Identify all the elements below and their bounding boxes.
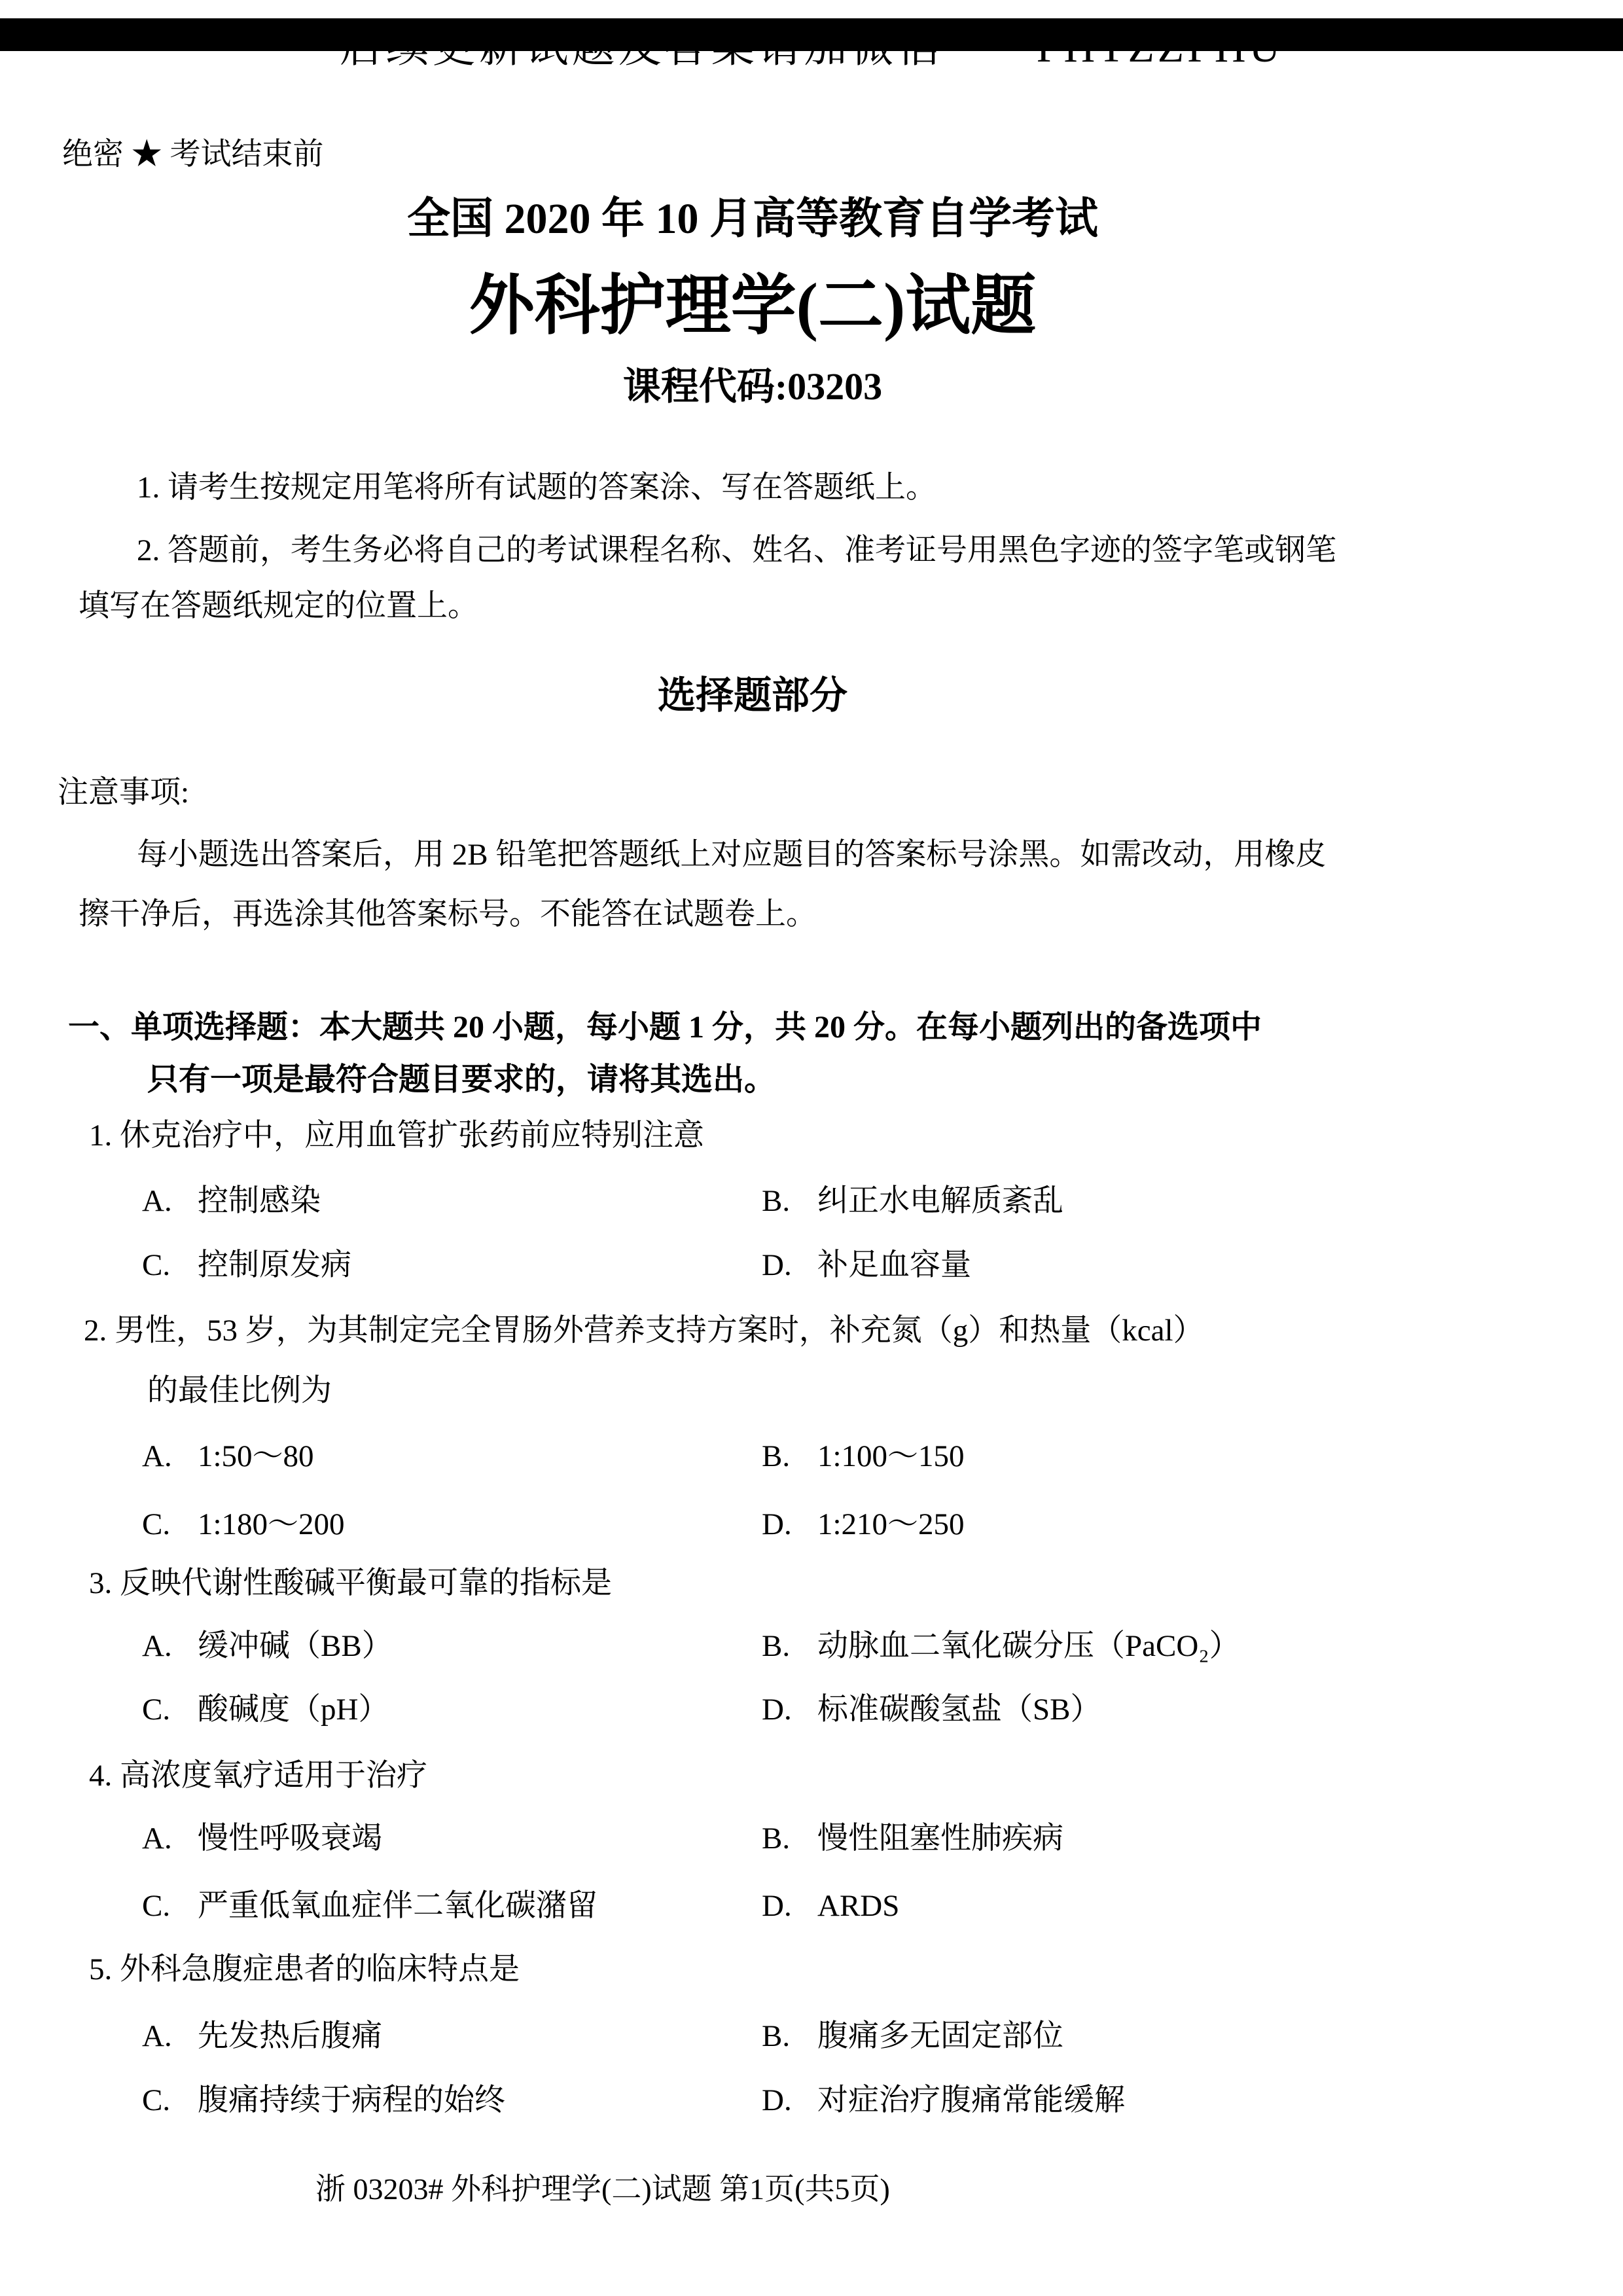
q5-option-b-text: 腹痛多无固定部位 [817, 2019, 1063, 2053]
q5-option-b: B.腹痛多无固定部位 [762, 2021, 1063, 2052]
q1-option-a-label: A. [142, 1186, 198, 1217]
q5-option-c: C.腹痛持续于病程的始终 [142, 2085, 505, 2116]
q1-option-b-label: B. [762, 1186, 817, 1217]
q3-options-row-cd: C.酸碱度（pH） D.标准碳酸氢盐（SB） [0, 1695, 1623, 1734]
exam-title-line2: 外科护理学(二)试题 [0, 274, 1505, 339]
q2-option-d-text: 1:210～250 [817, 1507, 965, 1541]
q1-option-a-text: 控制感染 [198, 1184, 321, 1218]
q4-option-b-text: 慢性阻塞性肺疾病 [817, 1821, 1063, 1856]
q4-option-a-label: A. [142, 1823, 198, 1854]
q2-option-a-label: A. [142, 1441, 198, 1472]
notes-heading: 注意事项: [58, 778, 189, 808]
q3-option-b-label: B. [762, 1631, 817, 1662]
q3-options-row-ab: A.缓冲碱（BB） B.动脉血二氧化碳分压（PaCO₂） [0, 1631, 1623, 1670]
redaction-bar [0, 18, 1623, 51]
q2-option-a-text: 1:50～80 [198, 1439, 314, 1473]
q3-option-c-label: C. [142, 1695, 198, 1725]
q1-option-c-label: C. [142, 1250, 198, 1281]
q4-options-row-cd: C.严重低氧血症伴二氧化碳潴留 D.ARDS [0, 1891, 1623, 1930]
q2-options-row-ab: A.1:50～80 B.1:100～150 [0, 1441, 1623, 1480]
q1-option-a: A.控制感染 [142, 1186, 321, 1217]
course-code: 课程代码:03203 [0, 368, 1505, 406]
q1-option-d-label: D. [762, 1250, 817, 1281]
q2-option-d: D.1:210～250 [762, 1509, 965, 1540]
q3-option-c: C.酸碱度（pH） [142, 1695, 389, 1725]
q5-option-a: A.先发热后腹痛 [142, 2021, 382, 2052]
q2-option-b: B.1:100～150 [762, 1441, 965, 1472]
q3-option-a-label: A. [142, 1631, 198, 1662]
instruction-2-line2: 填写在答题纸规定的位置上。 [79, 591, 478, 622]
q5-options-row-cd: C.腹痛持续于病程的始终 D.对症治疗腹痛常能缓解 [0, 2085, 1623, 2125]
notes-line2: 擦干净后，再选涂其他答案标号。不能答在试题卷上。 [79, 899, 817, 930]
section-title: 选择题部分 [0, 677, 1505, 715]
page-footer: 浙 03203# 外科护理学(二)试题 第1页(共5页) [315, 2174, 890, 2204]
q4-option-c-label: C. [142, 1891, 198, 1922]
secrecy-label: 绝密 ★ 考试结束前 [62, 139, 324, 170]
q4-options-row-ab: A.慢性呼吸衰竭 B.慢性阻塞性肺疾病 [0, 1823, 1623, 1863]
exam-paper-page: { "colors": {"paper": "#ffffff", "ink": … [0, 0, 1623, 2296]
q5-options-row-ab: A.先发热后腹痛 B.腹痛多无固定部位 [0, 2021, 1623, 2060]
q3-option-b: B.动脉血二氧化碳分压（PaCO₂） [762, 1631, 1240, 1662]
q5-option-c-text: 腹痛持续于病程的始终 [198, 2083, 505, 2117]
q5-option-a-text: 先发热后腹痛 [198, 2019, 382, 2053]
q2-option-d-label: D. [762, 1509, 817, 1540]
q1-option-c-text: 控制原发病 [198, 1248, 351, 1282]
q2-option-c-label: C. [142, 1509, 198, 1540]
instruction-1: 1. 请考生按规定用笔将所有试题的答案涂、写在答题纸上。 [137, 473, 936, 503]
part-one-heading-line2: 只有一项是最符合题目要求的，请将其选出。 [147, 1064, 776, 1096]
q3-option-b-text: 动脉血二氧化碳分压（PaCO₂） [817, 1629, 1240, 1663]
q3-option-a-text: 缓冲碱（BB） [198, 1629, 393, 1663]
q3-option-d-label: D. [762, 1695, 817, 1725]
q5-option-c-label: C. [142, 2085, 198, 2116]
q5-option-d: D.对症治疗腹痛常能缓解 [762, 2085, 1125, 2116]
exam-title-line1: 全国 2020 年 10 月高等教育自学考试 [0, 198, 1505, 241]
q4-option-d-text: ARDS [817, 1889, 899, 1923]
q2-option-b-label: B. [762, 1441, 817, 1472]
q4-option-b: B.慢性阻塞性肺疾病 [762, 1823, 1063, 1854]
q2-option-c: C.1:180～200 [142, 1509, 345, 1540]
q4-stem: 4. 高浓度氧疗适用于治疗 [89, 1761, 427, 1791]
q4-option-c: C.严重低氧血症伴二氧化碳潴留 [142, 1891, 597, 1922]
q5-option-d-text: 对症治疗腹痛常能缓解 [817, 2083, 1125, 2117]
instruction-2-line1: 2. 答题前，考生务必将自己的考试课程名称、姓名、准考证号用黑色字迹的签字笔或钢… [137, 535, 1336, 566]
q4-option-c-text: 严重低氧血症伴二氧化碳潴留 [198, 1889, 597, 1923]
q3-option-c-text: 酸碱度（pH） [198, 1693, 389, 1727]
q5-option-a-label: A. [142, 2021, 198, 2052]
q3-option-d-text: 标准碳酸氢盐（SB） [817, 1693, 1101, 1727]
q2-stem: 2. 男性，53 岁，为其制定完全胃肠外营养支持方案时，补充氮（g）和热量（kc… [84, 1316, 1204, 1346]
q1-stem: 1. 休克治疗中，应用血管扩张药前应特别注意 [89, 1121, 704, 1151]
q5-stem: 5. 外科急腹症患者的临床特点是 [89, 1954, 520, 1985]
q1-option-d: D.补足血容量 [762, 1250, 971, 1281]
q4-option-b-label: B. [762, 1823, 817, 1854]
q1-options-row-cd: C.控制原发病 D.补足血容量 [0, 1250, 1623, 1289]
q1-option-c: C.控制原发病 [142, 1250, 351, 1281]
q4-option-d-label: D. [762, 1891, 817, 1922]
q1-options-row-ab: A.控制感染 B.纠正水电解质紊乱 [0, 1186, 1623, 1225]
q1-option-b: B.纠正水电解质紊乱 [762, 1186, 1063, 1217]
q2-options-row-cd: C.1:180～200 D.1:210～250 [0, 1509, 1623, 1549]
q4-option-d: D.ARDS [762, 1891, 899, 1922]
q4-option-a-text: 慢性呼吸衰竭 [198, 1821, 382, 1856]
q2-stem-line2: 的最佳比例为 [147, 1376, 332, 1407]
notes-line1: 每小题选出答案后，用 2B 铅笔把答题纸上对应题目的答案标号涂黑。如需改动，用橡… [137, 840, 1326, 870]
part-one-heading-line1: 一、单项选择题：本大题共 20 小题，每小题 1 分，共 20 分。在每小题列出… [68, 1012, 1262, 1043]
q2-option-c-text: 1:180～200 [198, 1507, 345, 1541]
q2-option-b-text: 1:100～150 [817, 1439, 965, 1473]
q4-option-a: A.慢性呼吸衰竭 [142, 1823, 382, 1854]
q2-option-a: A.1:50～80 [142, 1441, 314, 1472]
q3-stem: 3. 反映代谢性酸碱平衡最可靠的指标是 [89, 1568, 612, 1599]
q5-option-b-label: B. [762, 2021, 817, 2052]
q3-option-d: D.标准碳酸氢盐（SB） [762, 1695, 1101, 1725]
q1-option-d-text: 补足血容量 [817, 1248, 971, 1282]
q5-option-d-label: D. [762, 2085, 817, 2116]
q3-option-a: A.缓冲碱（BB） [142, 1631, 393, 1662]
q1-option-b-text: 纠正水电解质紊乱 [817, 1184, 1063, 1218]
